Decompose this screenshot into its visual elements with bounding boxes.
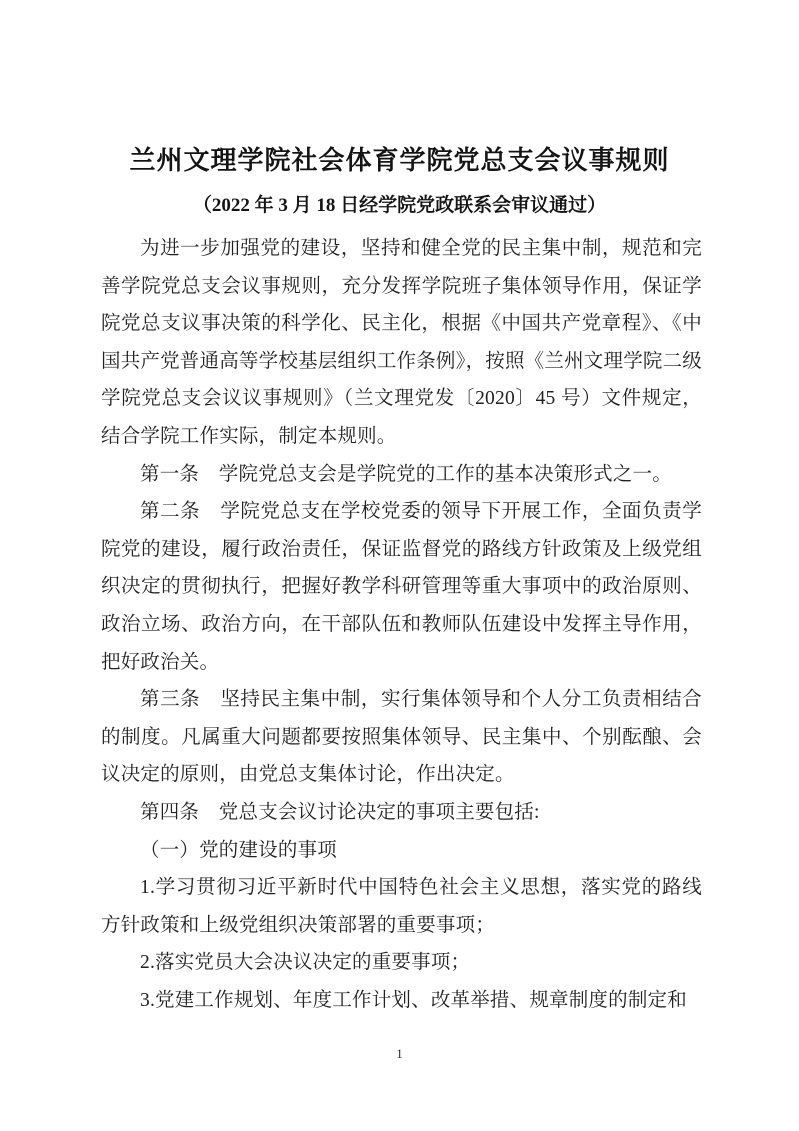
page-number: 1 bbox=[0, 1046, 799, 1062]
document-body: 为进一步加强党的建设，坚持和健全党的民主集中制，规范和完善学院党总支会议事规则，… bbox=[101, 230, 702, 1019]
document-page: 兰州文理学院社会体育学院党总支会议事规则 （2022 年 3 月 18 日经学院… bbox=[0, 0, 799, 1131]
paragraph-article-3: 第三条 坚持民主集中制，实行集体领导和个人分工负责相结合的制度。凡属重大问题都要… bbox=[101, 681, 702, 794]
paragraph-section-1-heading: （一）党的建设的事项 bbox=[101, 832, 702, 870]
paragraph-article-4: 第四条 党总支会议讨论决定的事项主要包括: bbox=[101, 794, 702, 832]
paragraph-preamble: 为进一步加强党的建设，坚持和健全党的民主集中制，规范和完善学院党总支会议事规则，… bbox=[101, 230, 702, 456]
paragraph-item-2: 2.落实党员大会决议决定的重要事项； bbox=[101, 944, 702, 982]
paragraph-article-2: 第二条 学院党总支在学校党委的领导下开展工作，全面负责学院党的建设，履行政治责任… bbox=[101, 493, 702, 681]
paragraph-item-3: 3.党建工作规划、年度工作计划、改革举措、规章制度的制定和 bbox=[101, 982, 702, 1020]
paragraph-item-1: 1.学习贯彻习近平新时代中国特色社会主义思想，落实党的路线方针政策和上级党组织决… bbox=[101, 869, 702, 944]
document-title: 兰州文理学院社会体育学院党总支会议事规则 bbox=[0, 144, 799, 178]
paragraph-article-1: 第一条 学院党总支会是学院党的工作的基本决策形式之一。 bbox=[101, 456, 702, 494]
document-subtitle: （2022 年 3 月 18 日经学院党政联系会审议通过） bbox=[0, 193, 799, 219]
